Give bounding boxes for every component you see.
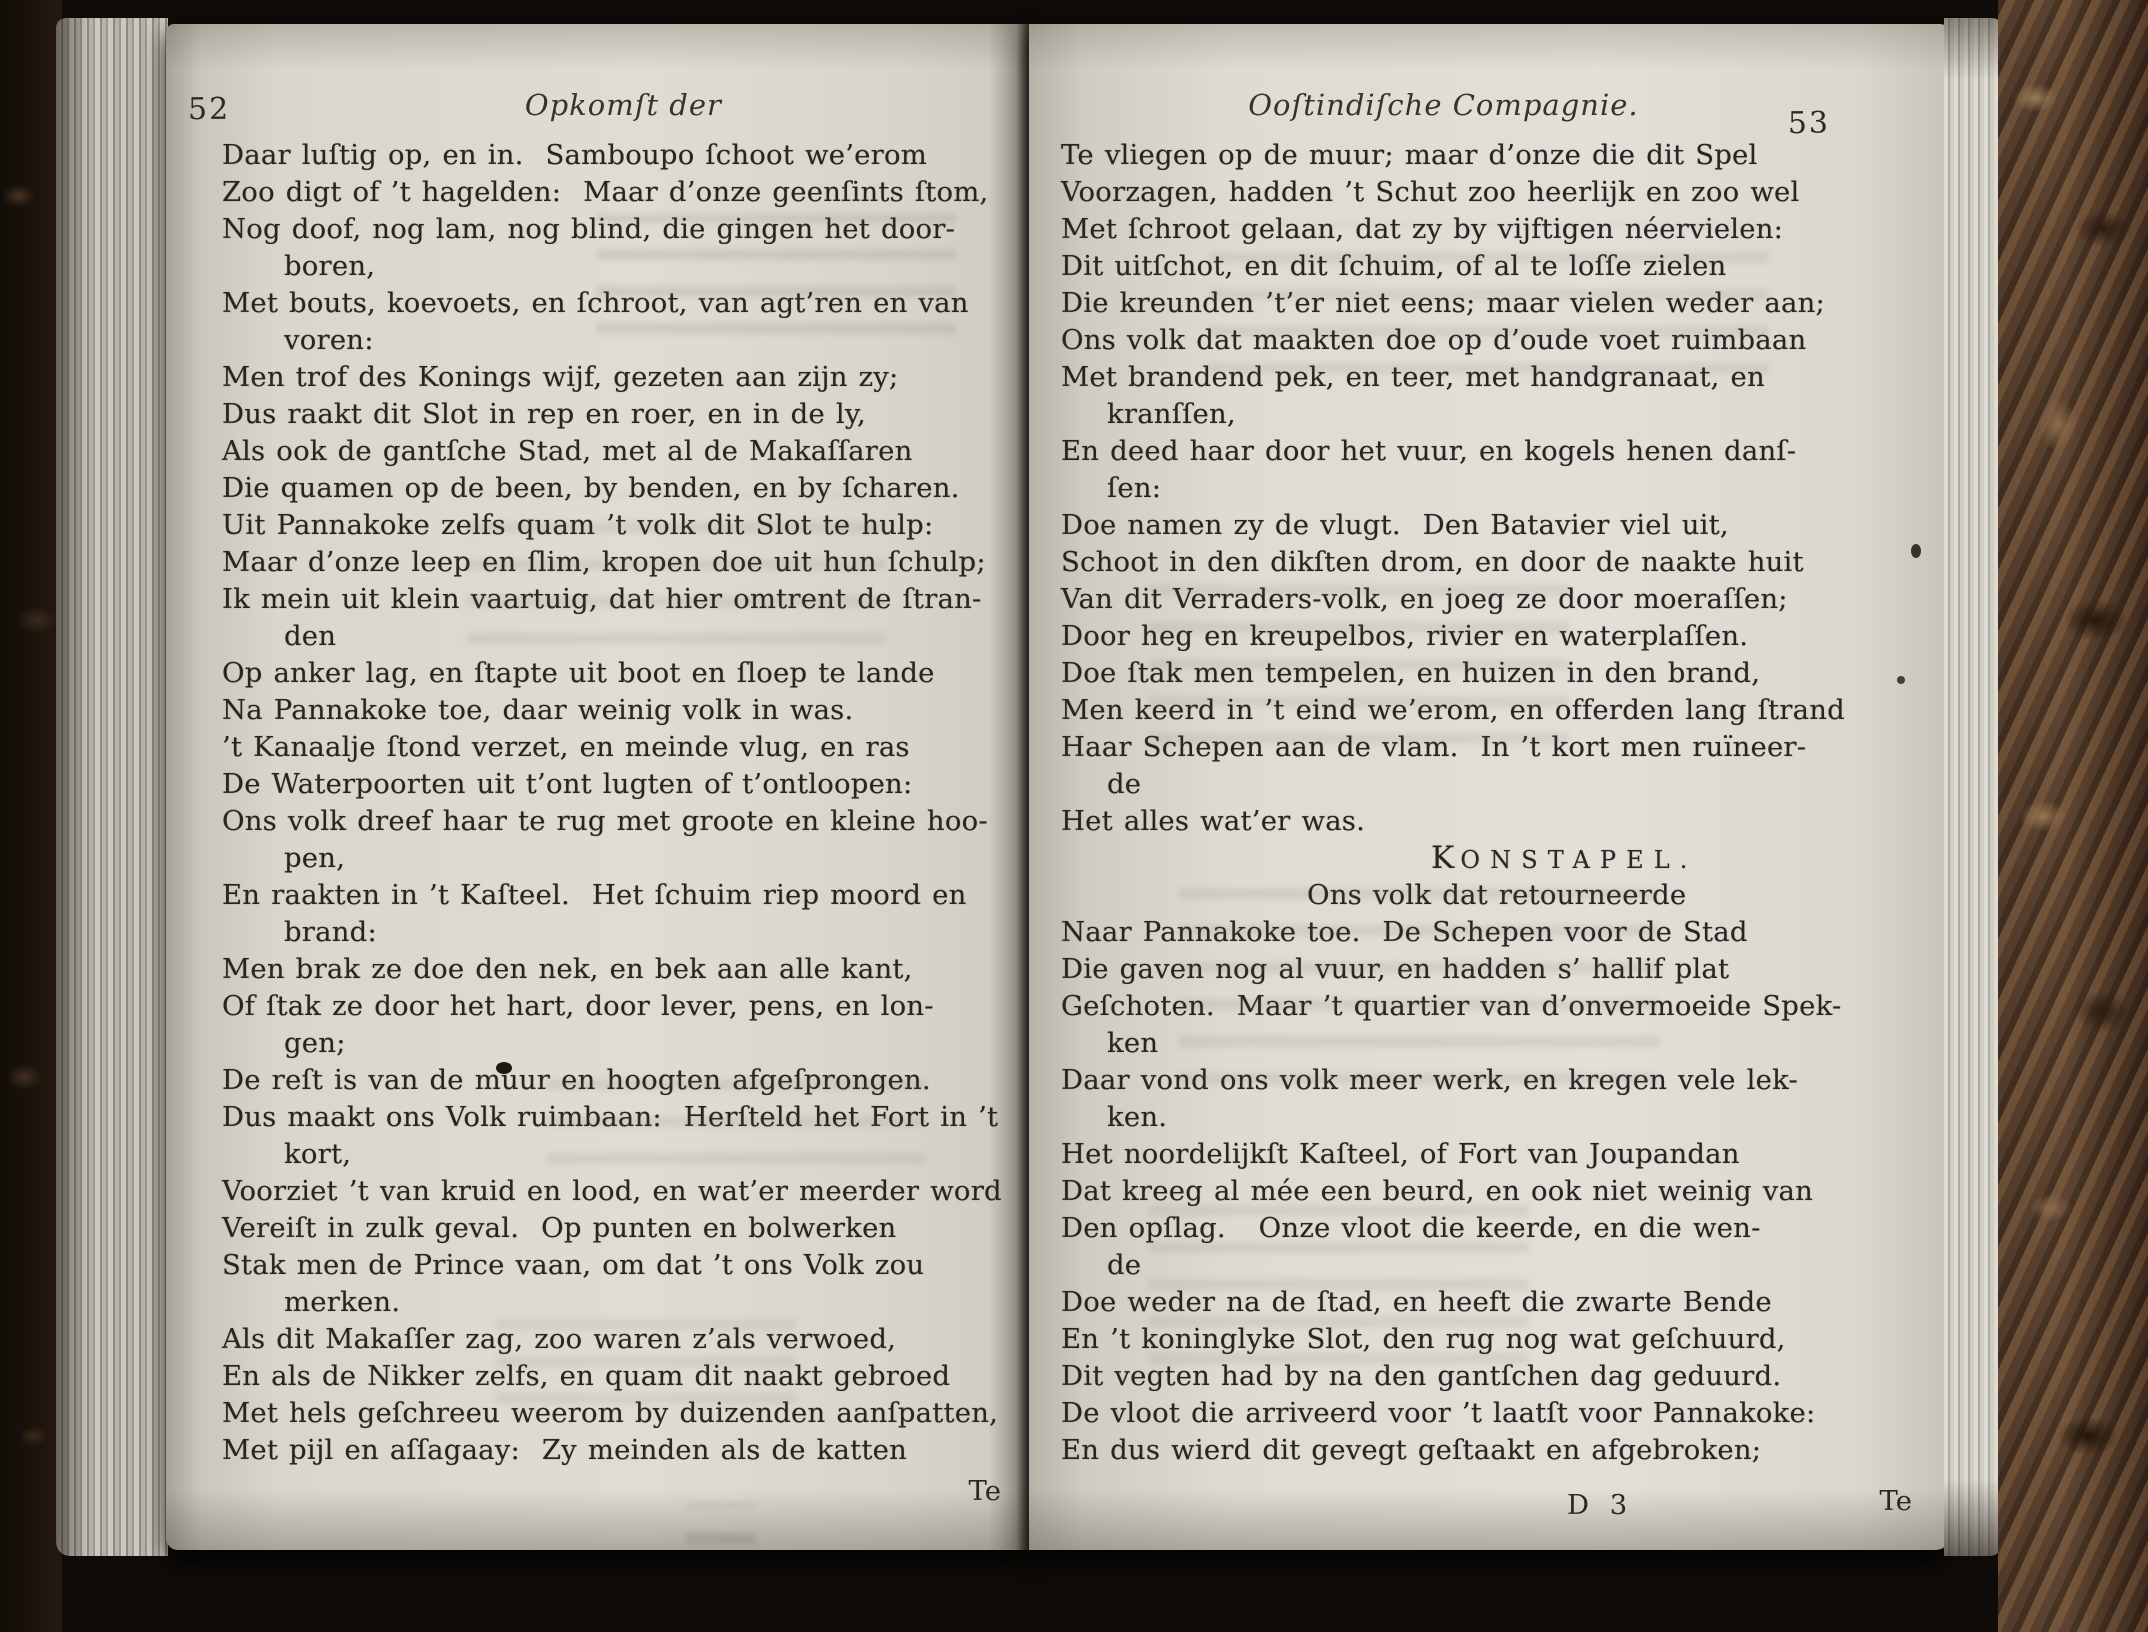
verse-line: Dus raakt dit Slot in rep en roer, en in…: [222, 396, 1029, 433]
verse-line: ſen:: [1061, 470, 1950, 507]
verse-line: Zoo digt of ’t hagelden: Maar d’onze gee…: [222, 174, 1029, 211]
verse-line: Als dit Makaſſer zag, zoo waren z’als ve…: [222, 1321, 1029, 1358]
verse-line: Ons volk dreef haar te rug met groote en…: [222, 803, 1029, 840]
left-page-text: Daar luſtig op, en in. Samboupo ſchoot w…: [166, 137, 1029, 1469]
page-edges-right: [1944, 18, 2002, 1556]
left-page: 52 Opkomſt der Daar luſtig op, en in. Sa…: [166, 24, 1029, 1550]
right-page-text: Te vliegen op de muur; maar d’onze die d…: [1029, 137, 1950, 1469]
verse-line: Daar luſtig op, en in. Samboupo ſchoot w…: [222, 137, 1029, 174]
verse-line: Doe ſtak men tempelen, en huizen in den …: [1061, 655, 1950, 692]
verse-line: Het noordelijkſt Kaſteel, of Fort van Jo…: [1061, 1136, 1950, 1173]
verse-line: Voorziet ’t van kruid en lood, en wat’er…: [222, 1173, 1029, 1210]
verse-line: ’t Kanaalje ſtond verzet, en meinde vlug…: [222, 729, 1029, 766]
verse-line: En dus wierd dit gevegt geſtaakt en afge…: [1061, 1432, 1950, 1469]
verse-line: Naar Pannakoke toe. De Schepen voor de S…: [1061, 914, 1950, 951]
right-page: Ooſtindiſche Compagnie. 53 Te vliegen op…: [1029, 24, 1950, 1550]
right-page-number: 53: [1788, 106, 1830, 141]
verse-line: gen;: [222, 1025, 1029, 1062]
verse-line: Doe weder na de ſtad, en heeft die zwart…: [1061, 1284, 1950, 1321]
verse-line: Ons volk dat maakten doe op d’oude voet …: [1061, 322, 1950, 359]
verse-line: Haar Schepen aan de vlam. In ’t kort men…: [1061, 729, 1950, 766]
verse-line: KONSTAPEL.: [1061, 840, 1950, 877]
verse-line: Ik mein uit klein vaartuig, dat hier omt…: [222, 581, 1029, 618]
verse-line: En raakten in ’t Kaſteel. Het ſchuim rie…: [222, 877, 1029, 914]
book-cover-right: [1998, 0, 2148, 1632]
verse-line: Met ſchroot gelaan, dat zy by vijftigen …: [1061, 211, 1950, 248]
verse-line: Met pijl en aſſagaay: Zy meinden als de …: [222, 1432, 1029, 1469]
verse-line: En deed haar door het vuur, en kogels he…: [1061, 433, 1950, 470]
page-edges-left: [56, 18, 168, 1556]
verse-line: Den opſlag. Onze vloot die keerde, en di…: [1061, 1210, 1950, 1247]
verse-line: De reſt is van de muur en hoogten afgeſp…: [222, 1062, 1029, 1099]
left-page-number: 52: [188, 92, 230, 127]
verse-line: Te vliegen op de muur; maar d’onze die d…: [1061, 137, 1950, 174]
verse-line: Doe namen zy de vlugt. Den Batavier viel…: [1061, 507, 1950, 544]
verse-line: boren,: [222, 248, 1029, 285]
verse-line: Daar vond ons volk meer werk, en kregen …: [1061, 1062, 1950, 1099]
verse-line: ken.: [1061, 1099, 1950, 1136]
verse-line: Die gaven nog al vuur, en hadden s’ hall…: [1061, 951, 1950, 988]
verse-line: En als de Nikker zelfs, en quam dit naak…: [222, 1358, 1029, 1395]
verse-line: ken: [1061, 1025, 1950, 1062]
verse-line: Van dit Verraders-volk, en joeg ze door …: [1061, 581, 1950, 618]
verse-line: Voorzagen, hadden ’t Schut zoo heerlijk …: [1061, 174, 1950, 211]
verse-line: Met bouts, koevoets, en ſchroot, van agt…: [222, 285, 1029, 322]
left-page-footer: Te: [166, 1475, 1029, 1515]
verse-line: Vereiſt in zulk geval. Op punten en bolw…: [222, 1210, 1029, 1247]
verse-line: Men keerd in ’t eind we’erom, en offerde…: [1061, 692, 1950, 729]
verse-line: Op anker lag, en ſtapte uit boot en ſloe…: [222, 655, 1029, 692]
verse-line: kort,: [222, 1136, 1029, 1173]
verse-line: Schoot in den dikſten drom, en door de n…: [1061, 544, 1950, 581]
verse-line: Nog doof, nog lam, nog blind, die gingen…: [222, 211, 1029, 248]
verse-line: brand:: [222, 914, 1029, 951]
verse-line: den: [222, 618, 1029, 655]
verse-line: Geſchoten. Maar ’t quartier van d’onverm…: [1061, 988, 1950, 1025]
verse-line: De vloot die arriveerd voor ’t laatſt vo…: [1061, 1395, 1950, 1432]
verse-line: Of ſtak ze door het hart, door lever, pe…: [222, 988, 1029, 1025]
right-catchword: Te: [1880, 1485, 1912, 1517]
right-running-title: Ooſtindiſche Compagnie.: [1248, 88, 1638, 122]
verse-line: Met hels geſchreeu weerom by duizenden a…: [222, 1395, 1029, 1432]
verse-line: Na Pannakoke toe, daar weinig volk in wa…: [222, 692, 1029, 729]
verse-line: Maar d’onze leep en ſlim, kropen doe uit…: [222, 544, 1029, 581]
verse-line: En ’t koninglyke Slot, den rug nog wat g…: [1061, 1321, 1950, 1358]
verse-line: de: [1061, 766, 1950, 803]
verse-line: Als ook de gantſche Stad, met al de Maka…: [222, 433, 1029, 470]
open-book-scan: 52 Opkomſt der Daar luſtig op, en in. Sa…: [0, 0, 2148, 1632]
gathering-signature: D 3: [1567, 1489, 1633, 1521]
book-cover-left: [0, 0, 62, 1632]
verse-line: Dus maakt ons Volk ruimbaan: Herſteld he…: [222, 1099, 1029, 1136]
verse-line: Door heg en kreupelbos, rivier en waterp…: [1061, 618, 1950, 655]
verse-line: pen,: [222, 840, 1029, 877]
verse-line: Die quamen op de been, by benden, en by …: [222, 470, 1029, 507]
left-running-title: Opkomſt der: [525, 88, 722, 122]
right-page-footer: D 3 Te: [1029, 1475, 1950, 1515]
verse-line: voren:: [222, 322, 1029, 359]
verse-line: Men brak ze doe den nek, en bek aan alle…: [222, 951, 1029, 988]
verse-line: de: [1061, 1247, 1950, 1284]
verse-line: Dit vegten had by na den gantſchen dag g…: [1061, 1358, 1950, 1395]
verse-line: Dit uitſchot, en dit ſchuim, of al te lo…: [1061, 248, 1950, 285]
left-page-header: 52 Opkomſt der: [166, 92, 1029, 134]
verse-line: Ons volk dat retourneerde: [1061, 877, 1950, 914]
right-page-header: Ooſtindiſche Compagnie. 53: [1029, 92, 1950, 134]
verse-line: Die kreunden ’t’er niet eens; maar viele…: [1061, 285, 1950, 322]
verse-line: Uit Pannakoke zelfs quam ’t volk dit Slo…: [222, 507, 1029, 544]
verse-line: Dat kreeg al mée een beurd, en ook niet …: [1061, 1173, 1950, 1210]
verse-line: Met brandend pek, en teer, met handgrana…: [1061, 359, 1950, 396]
verse-line: Stak men de Prince vaan, om dat ’t ons V…: [222, 1247, 1029, 1284]
verse-line: kranſſen,: [1061, 396, 1950, 433]
verse-line: Men trof des Konings wijf, gezeten aan z…: [222, 359, 1029, 396]
left-catchword: Te: [969, 1475, 1001, 1507]
verse-line: merken.: [222, 1284, 1029, 1321]
verse-line: De Waterpoorten uit t’ont lugten of t’on…: [222, 766, 1029, 803]
verse-line: Het alles wat’er was.: [1061, 803, 1950, 840]
